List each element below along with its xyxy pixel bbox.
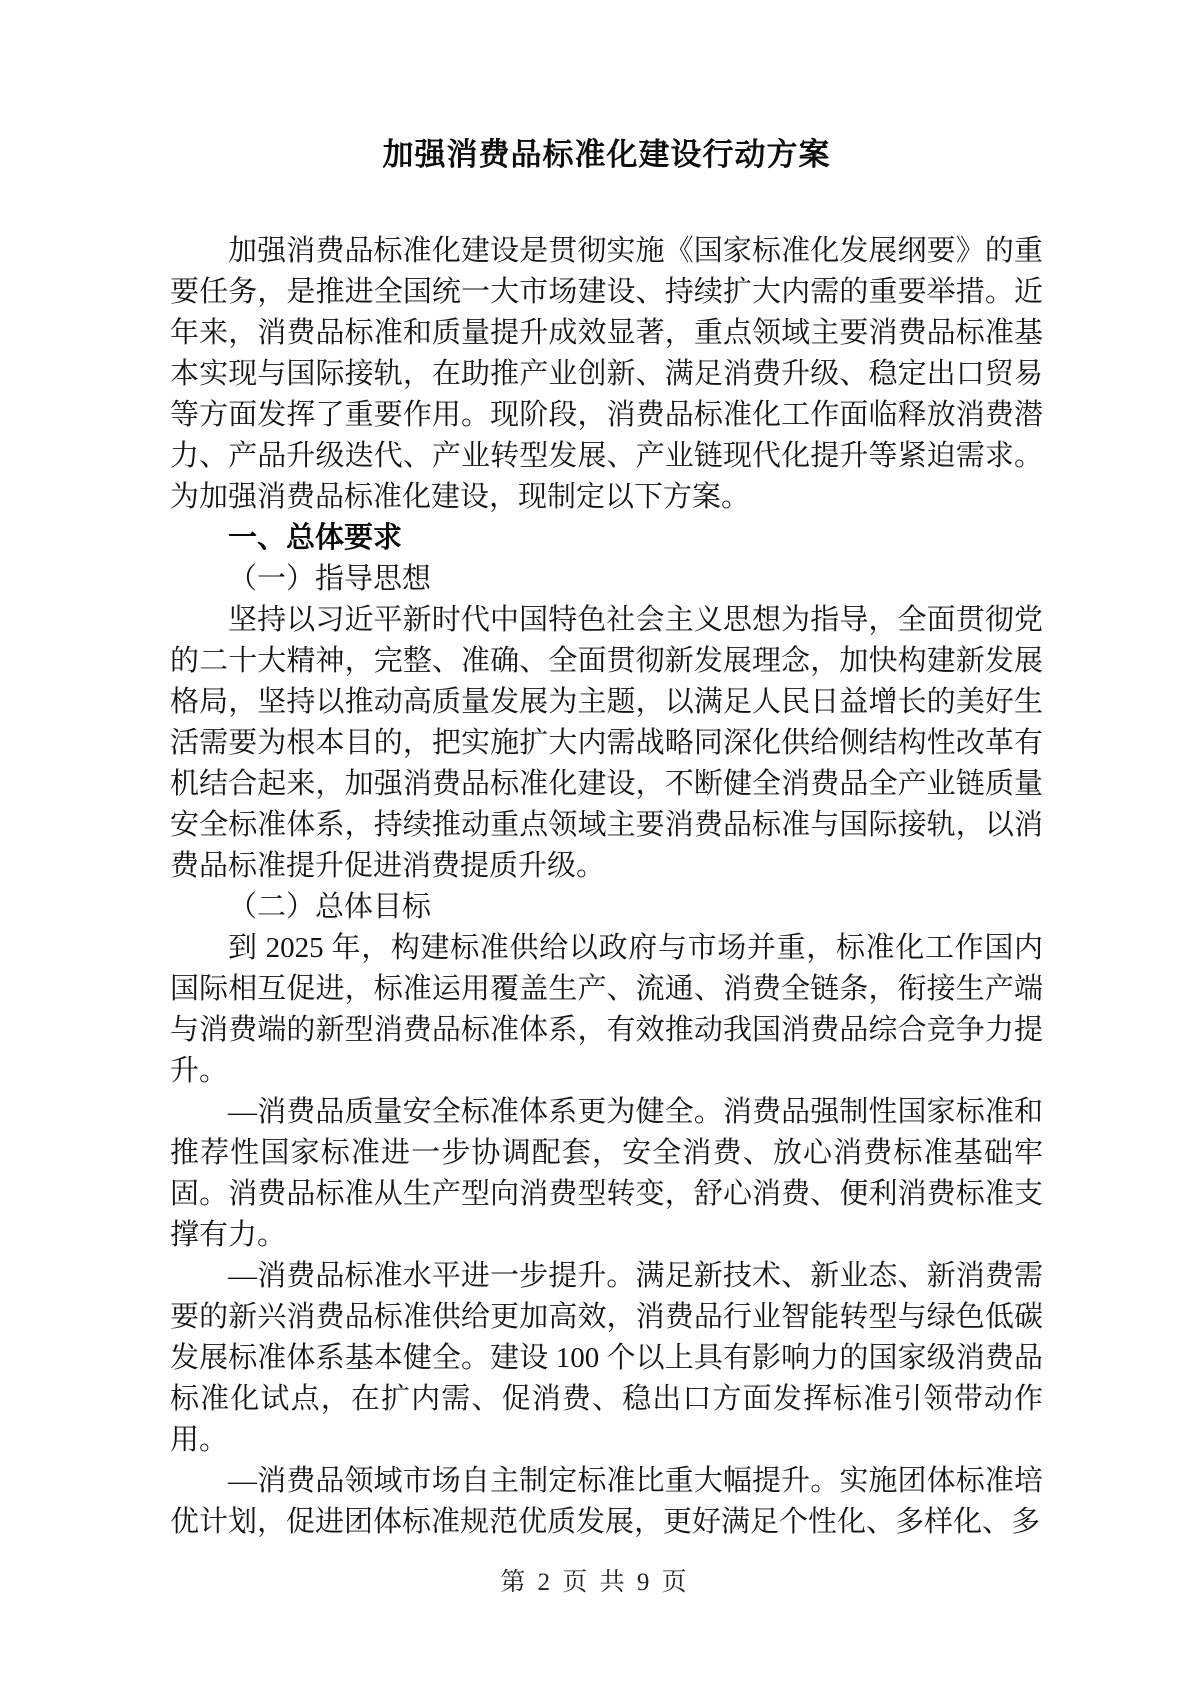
paragraph-goal-standard-level: —消费品标准水平进一步提升。满足新技术、新业态、新消费需要的新兴消费品标准供给更… <box>170 1256 1043 1461</box>
paragraph-goal-quality-safety: —消费品质量安全标准体系更为健全。消费品强制性国家标准和推荐性国家标准进一步协调… <box>170 1092 1043 1256</box>
subsection-heading-guiding-ideology: （一）指导思想 <box>170 559 1043 600</box>
paragraph-goals-2025: 到 2025 年，构建标准供给以政府与市场并重，标准化工作国内国际相互促进，标准… <box>170 928 1043 1092</box>
paragraph-goal-market-standards: —消费品领域市场自主制定标准比重大幅提升。实施团体标准培优计划，促进团体标准规范… <box>170 1461 1043 1543</box>
subsection-heading-overall-goals: （二）总体目标 <box>170 887 1043 928</box>
section-heading-overall-requirements: 一、总体要求 <box>170 518 1043 559</box>
paragraph-guiding-ideology: 坚持以习近平新时代中国特色社会主义思想为指导，全面贯彻党的二十大精神，完整、准确… <box>170 600 1043 887</box>
paragraph-intro: 加强消费品标准化建设是贯彻实施《国家标准化发展纲要》的重要任务，是推进全国统一大… <box>170 231 1043 518</box>
document-content: 加强消费品标准化建设行动方案 加强消费品标准化建设是贯彻实施《国家标准化发展纲要… <box>170 133 1043 1543</box>
document-title: 加强消费品标准化建设行动方案 <box>170 133 1043 177</box>
page-number-footer: 第 2 页 共 9 页 <box>0 1562 1190 1598</box>
document-page: 加强消费品标准化建设行动方案 加强消费品标准化建设是贯彻实施《国家标准化发展纲要… <box>0 0 1190 1683</box>
